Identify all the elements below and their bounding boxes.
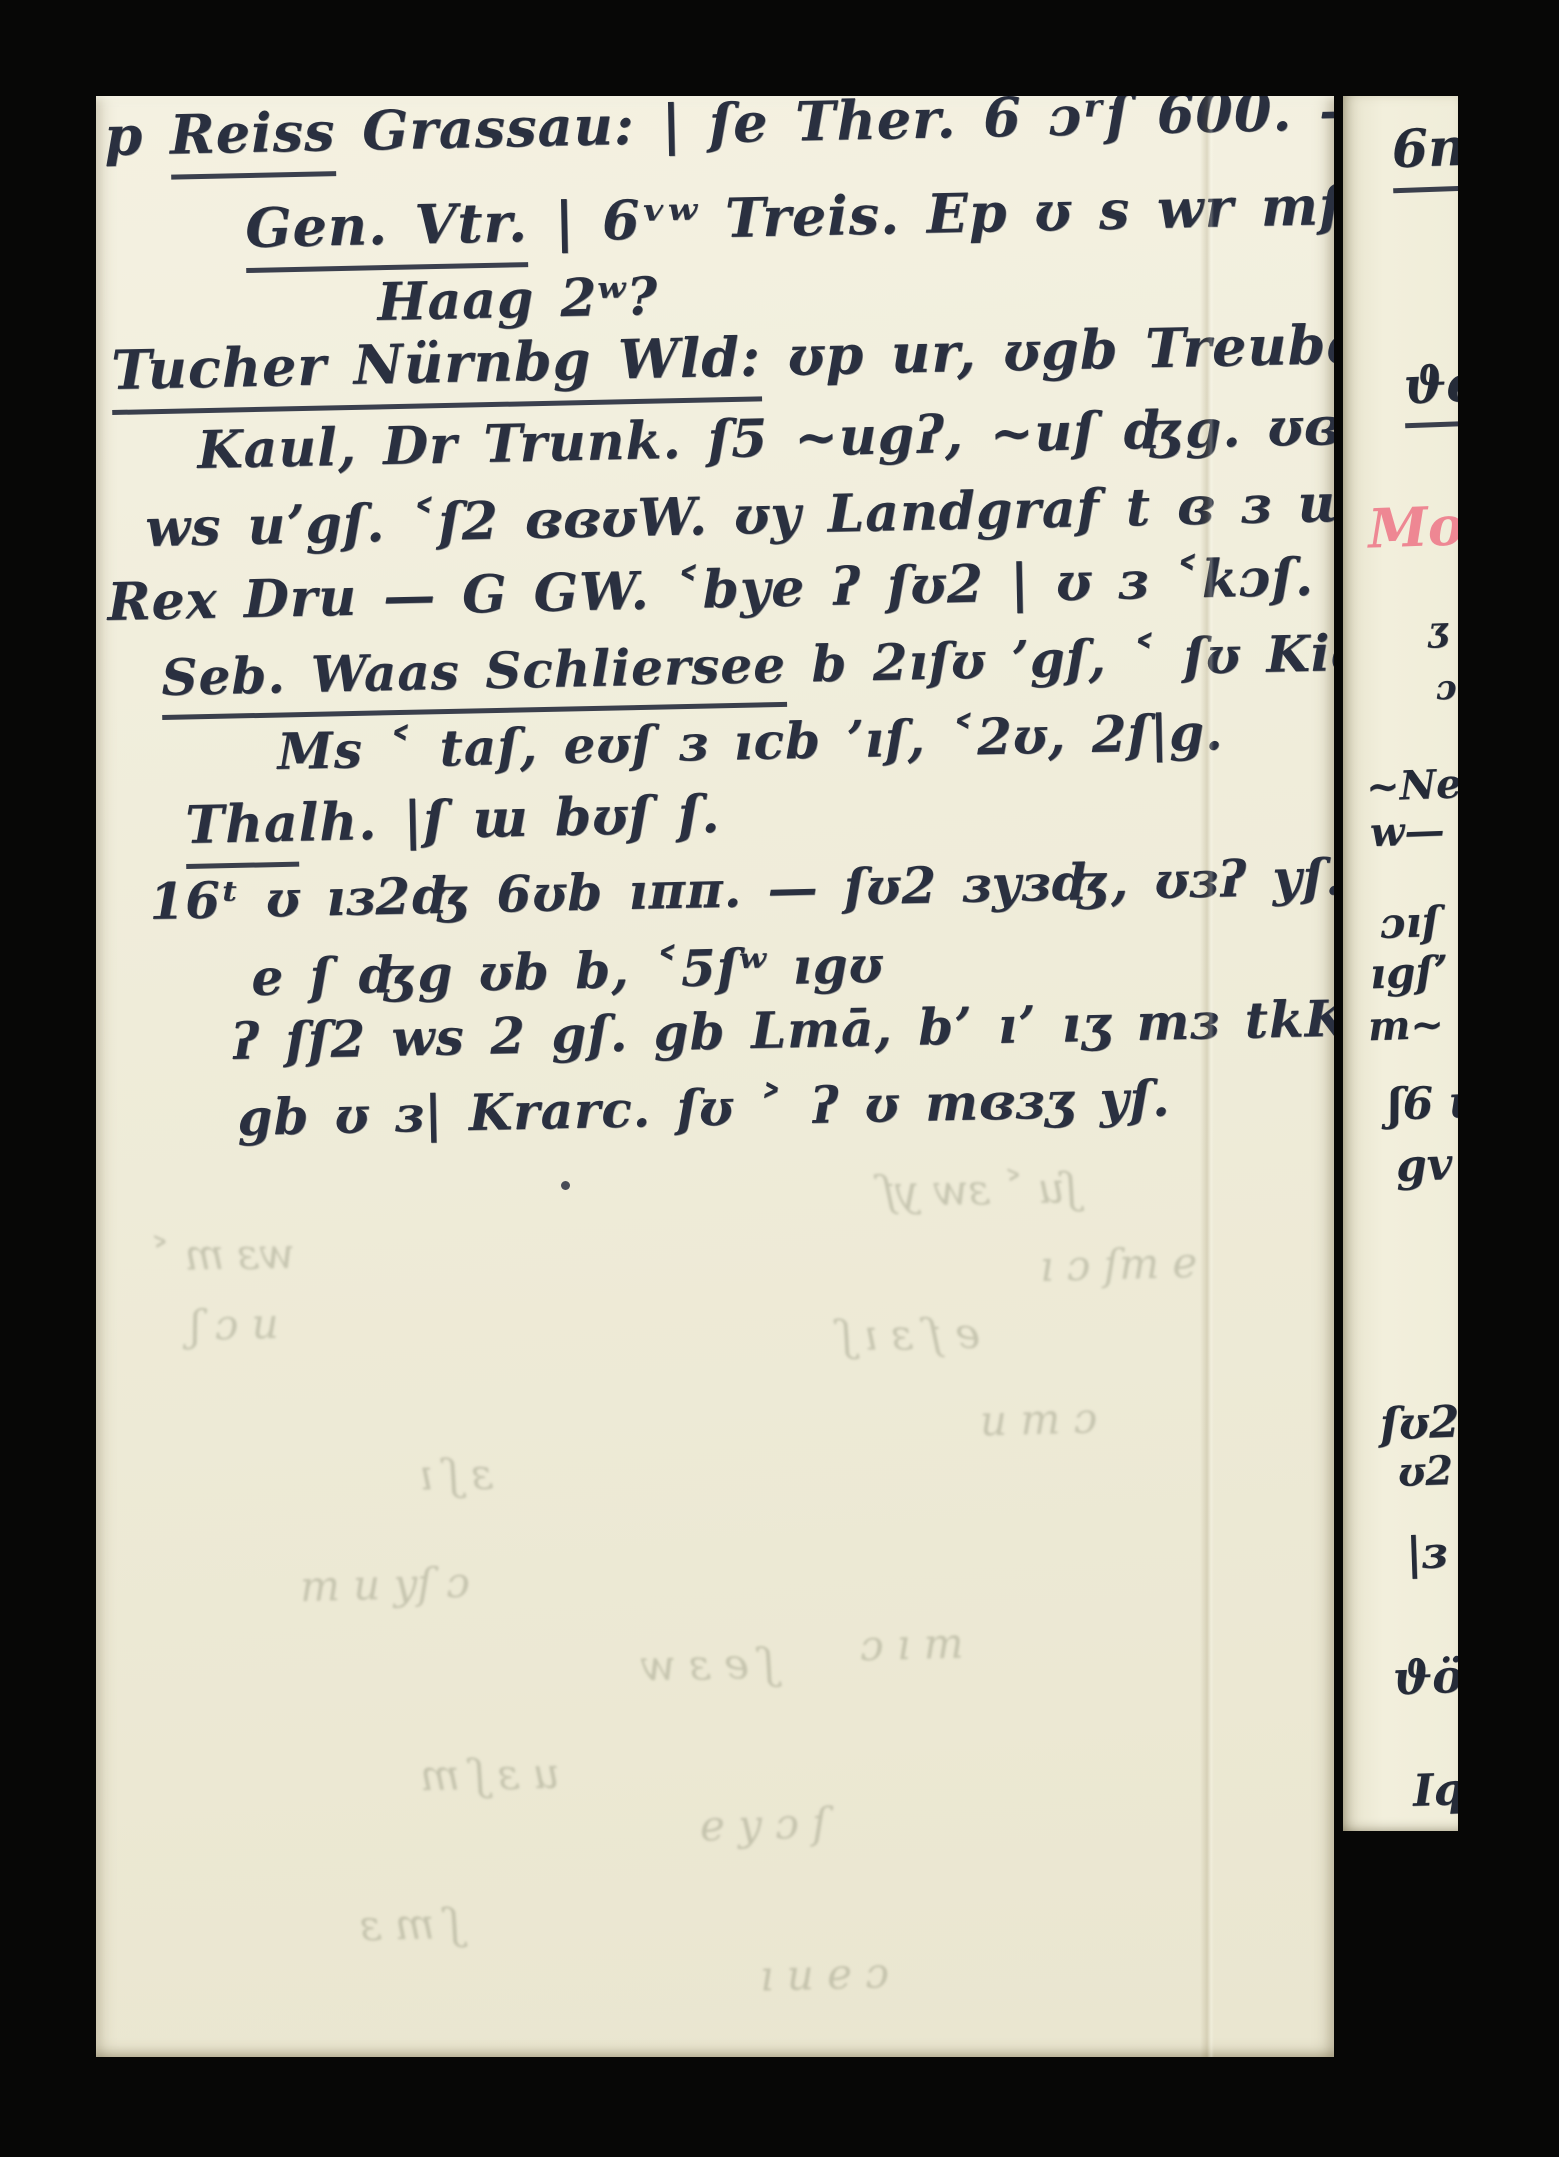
line-text: lh. |ſ ɯ bʊſ ſ. bbox=[298, 784, 721, 854]
line-text: 16ᵗ ʊ ıɜ2ʤ 6ʊb ıππ. — ſʊ2 ɜyɜʤ, ʊɜʔ yſ. … bbox=[149, 844, 1334, 931]
handwriting-fragment: ſʊ2 bbox=[1379, 1397, 1458, 1451]
bleed-through-text: u m ɔ bbox=[979, 1393, 1097, 1445]
handwriting-line: Haag 2ʷ? bbox=[377, 266, 659, 333]
bleed-through-text: u ɜ ʃ m bbox=[420, 1749, 561, 1800]
line-text: ʊp ur, ʊgb Treuberg, ʼʊ bbox=[760, 308, 1334, 388]
handwriting-fragment: Iq bbox=[1412, 1764, 1458, 1817]
handwriting-fragment: ɔ bbox=[1435, 668, 1457, 709]
handwriting-fragment: ʊ2 bbox=[1397, 1447, 1454, 1496]
handwriting-fragment: ~Ne bbox=[1365, 760, 1458, 810]
handwriting-line: Seb. Waas Schliersee b 2ıſʊ ʼgſ, ˂ ſʊ Ki… bbox=[161, 620, 1334, 707]
bleed-through-text: e y ɔ ſ bbox=[699, 1798, 828, 1850]
handwriting-line: Rex Dru — G GW. ˂bye ʔ ſʊ2 | ʊ ɜ ˂kɔſ. bbox=[107, 547, 1315, 633]
handwriting-line: Tucher Nürnbg Wld: ʊp ur, ʊgb Treuberg, … bbox=[111, 308, 1334, 402]
handwriting-fragment: |ɜ bbox=[1405, 1527, 1447, 1579]
red-annotation: Mo bbox=[1367, 493, 1458, 560]
handwriting-fragment: ʃ6 u bbox=[1387, 1076, 1458, 1130]
page-crease bbox=[1200, 96, 1214, 2057]
underlined-heading: Tha bbox=[185, 793, 300, 869]
bleed-through-text: ʃ ɔ u bbox=[189, 1299, 279, 1350]
handwriting-line: 16ᵗ ʊ ıɜ2ʤ 6ʊb ıππ. — ſʊ2 ɜyɜʤ, ʊɜʔ yſ. … bbox=[149, 844, 1334, 931]
line-text: Rex Dru — G GW. ˂bye ʔ ſʊ2 | ʊ ɜ ˂kɔſ. bbox=[107, 547, 1315, 633]
line-text: e ſ ʤg ʊb b, ˂5ſʷ ıgʊ bbox=[251, 935, 884, 1007]
handwriting-line: Gen. Vtr. | 6ᵛʷ Treis. Ep ʊ s wr mfr. ʋ|… bbox=[245, 169, 1334, 260]
handwriting-fragment: gv bbox=[1395, 1139, 1453, 1192]
bleed-through-text: ʃ e ɜ w bbox=[640, 1639, 774, 1690]
bleed-through-text: wɜ m ˂ bbox=[150, 1229, 296, 1281]
bleed-through-text: e ſ ɜ ı ʃ bbox=[840, 1309, 981, 1360]
bleed-through-text: ɜ ʃ ı bbox=[420, 1449, 494, 1499]
handwriting-line: ws uʼgſ. ˂ſ2 ɞɞʊW. ʊy Landgraf t ɞ ɜ ɯ. bbox=[145, 472, 1334, 559]
underlined-heading: Seb. Waas Schliersee bbox=[161, 635, 787, 720]
underlined-heading: Tucher Nürnbg Wld: bbox=[111, 324, 762, 415]
facing-page-edge: 6n ϑe Mo ʒ ɔ ~Ne w— ɔıſ ıgſʼ m~ ʃ6 u gv … bbox=[1343, 96, 1458, 1831]
handwriting-line: e ſ ʤg ʊb b, ˂5ſʷ ıgʊ bbox=[251, 935, 884, 1007]
bleed-through-text: ʃ m ɜ bbox=[360, 1899, 460, 1950]
bleed-through-text: ı ɔ ſm e bbox=[1039, 1238, 1197, 1291]
handwriting-fragment: ϑö bbox=[1392, 1649, 1458, 1705]
line-text: Haag 2ʷ? bbox=[377, 266, 659, 333]
handwriting-line: p Reiss Grassau: | ſe Ther. 6 ɔʳſ 600. —… bbox=[104, 96, 1334, 168]
notebook-page: p Reiss Grassau: | ſe Ther. 6 ɔʳſ 600. —… bbox=[96, 96, 1334, 2057]
handwriting-fragment: ϑe bbox=[1403, 354, 1458, 429]
handwriting-line: gb ʊ ɜ| Krarc. ſʊ ˃ ʔ ʊ mɞɜʒ yſ. bbox=[237, 1068, 1171, 1147]
handwriting-fragment: m~ bbox=[1367, 1001, 1444, 1051]
handwriting-fragment: ıgſʼ bbox=[1369, 947, 1449, 999]
bleed-through-text: ɔ ı m bbox=[859, 1619, 964, 1671]
handwriting-line: Thalh. |ſ ɯ bʊſ ſ. bbox=[185, 784, 721, 856]
line-text: ws uʼgſ. ˂ſ2 ɞɞʊW. ʊy Landgraf t ɞ ɜ ɯ. bbox=[145, 472, 1334, 559]
line-text: b 2ıſʊ ʼgſ, ˂ ſʊ Kienle e bbox=[785, 620, 1334, 694]
handwriting-fragment: ʒ bbox=[1427, 610, 1448, 651]
handwriting-fragment: ɔıſ bbox=[1379, 897, 1440, 948]
ink-dot bbox=[561, 1181, 570, 1190]
line-text: gb ʊ ɜ| Krarc. ſʊ ˃ ʔ ʊ mɞɜʒ yſ. bbox=[237, 1068, 1171, 1147]
underlined-heading: Reiss bbox=[169, 99, 336, 179]
bleed-through-text: ʃu ˂ ɜw yſ bbox=[880, 1163, 1077, 1215]
line-text: Grassau: | ſe Ther. 6 ɔʳſ 600. — ϑ ms. bbox=[335, 96, 1334, 163]
line-prefix: p bbox=[104, 103, 171, 168]
bleed-through-text: m u yſ ɔ bbox=[299, 1558, 470, 1611]
scan-background: p Reiss Grassau: | ſe Ther. 6 ɔʳſ 600. —… bbox=[0, 0, 1559, 2157]
bleed-through-text: ı u e ɔ bbox=[759, 1948, 889, 2000]
handwriting-fragment: w— bbox=[1369, 807, 1445, 857]
underlined-heading: Gen. Vtr. bbox=[245, 190, 529, 273]
handwriting-fragment: 6n bbox=[1391, 117, 1458, 194]
